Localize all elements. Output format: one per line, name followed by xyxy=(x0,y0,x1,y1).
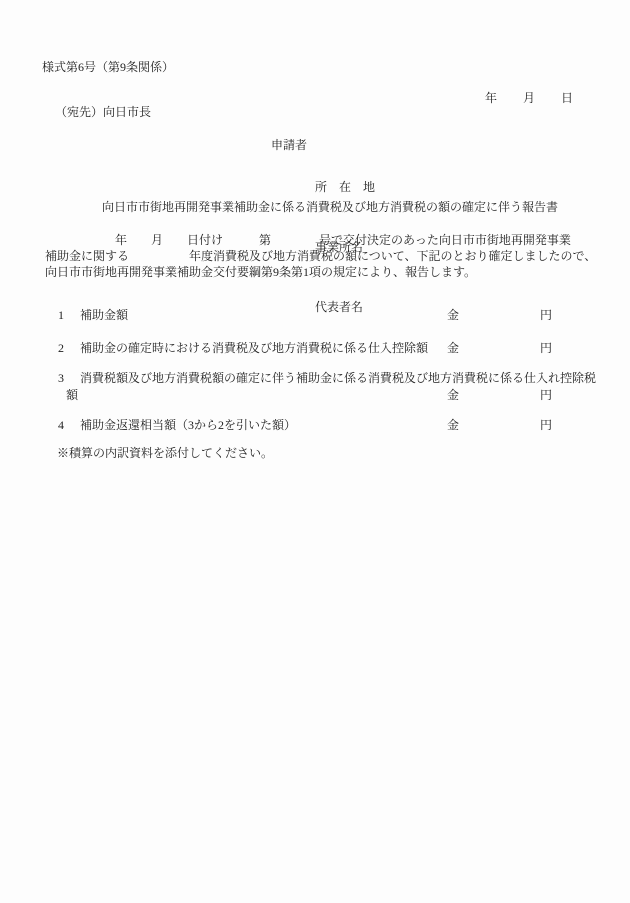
item-2-yen-label: 円 xyxy=(540,340,552,356)
item-1-kin-label: 金 xyxy=(447,307,459,323)
item-1-yen-label: 円 xyxy=(540,307,552,323)
item-row-3-line-1: 3 消費税額及び地方消費税額の確定に伴う補助金に係る消費税及び地方消費税に係る仕… xyxy=(0,370,630,386)
item-3-yen-label: 円 xyxy=(540,387,552,403)
item-row-3-line-2: 額 金 円 xyxy=(0,387,630,403)
item-1-number: 1 xyxy=(58,307,64,323)
item-3-label-line-2: 額 xyxy=(66,387,78,403)
item-4-label: 補助金返還相当額（3から2を引いた額） xyxy=(80,417,296,433)
item-3-label-line-1: 消費税額及び地方消費税額の確定に伴う補助金に係る消費税及び地方消費税に係る仕入れ… xyxy=(80,370,596,386)
applicant-label: 申請者 xyxy=(271,137,307,153)
item-4-kin-label: 金 xyxy=(447,417,459,433)
body-line-1: 年 月 日付け 第 号で交付決定のあった向日市市街地再開発事業 xyxy=(115,232,571,248)
item-row-4: 4 補助金返還相当額（3から2を引いた額） 金 円 xyxy=(0,417,630,433)
document-title: 向日市市街地再開発事業補助金に係る消費税及び地方消費税の額の確定に伴う報告書 xyxy=(0,199,630,215)
item-1-label: 補助金額 xyxy=(80,307,128,323)
date-year-label: 年 xyxy=(485,90,497,106)
item-2-kin-label: 金 xyxy=(447,340,459,356)
addressee: （宛先）向日市長 xyxy=(55,104,151,120)
item-3-kin-label: 金 xyxy=(447,387,459,403)
item-2-label: 補助金の確定時における消費税及び地方消費税に係る仕入控除額 xyxy=(80,340,428,356)
item-row-1: 1 補助金額 金 円 xyxy=(0,307,630,323)
item-2-number: 2 xyxy=(58,340,64,356)
item-row-2: 2 補助金の確定時における消費税及び地方消費税に係る仕入控除額 金 円 xyxy=(0,340,630,356)
item-4-number: 4 xyxy=(58,417,64,433)
body-line-2: 補助金に関する 年度消費税及び地方消費税の額について、下記のとおり確定しましたの… xyxy=(45,248,596,264)
item-4-yen-label: 円 xyxy=(540,417,552,433)
date-month-label: 月 xyxy=(523,90,535,106)
form-number: 様式第6号（第9条関係） xyxy=(42,59,174,75)
footnote: ※積算の内訳資料を添付してください。 xyxy=(57,445,273,461)
item-3-number: 3 xyxy=(58,370,64,386)
document-page: 様式第6号（第9条関係） 年 月 日 （宛先）向日市長 申請者 所 在 地 事業… xyxy=(0,0,630,903)
applicant-address-label: 所 在 地 xyxy=(315,177,375,197)
body-line-3: 向日市市街地再開発事業補助金交付要綱第9条第1項の規定により、報告します。 xyxy=(45,264,476,280)
date-day-label: 日 xyxy=(561,90,573,106)
